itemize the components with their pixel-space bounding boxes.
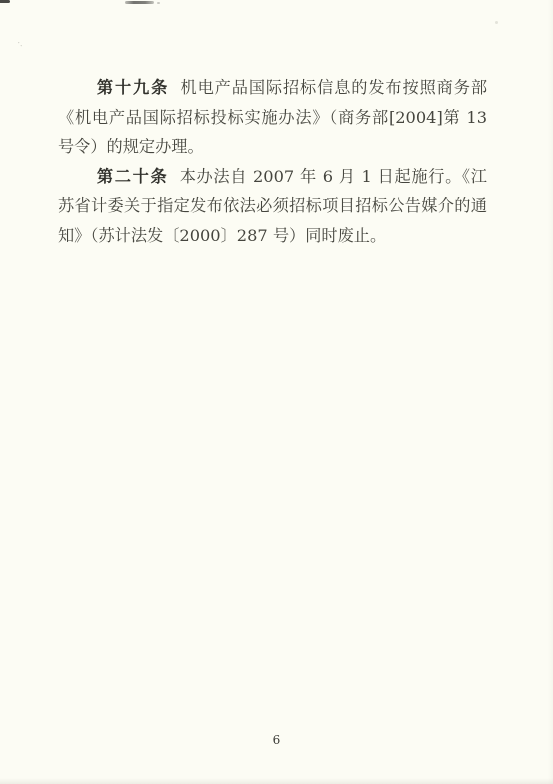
- article-20-paragraph: 第二十条本办法自 2007 年 6 月 1 日起施行。《江苏省计委关于指定发布依…: [58, 162, 487, 251]
- page-number: 6: [0, 733, 553, 747]
- scan-artifact-dash-icon: [0, 0, 10, 3]
- scan-artifact-bar-icon: [125, 1, 154, 4]
- scanned-document-page: ·. 第十九条机电产品国际招标信息的发布按照商务部《机电产品国际招标投标实施办法…: [0, 0, 553, 784]
- article-20-term: 第二十条: [97, 167, 168, 186]
- document-body: 第十九条机电产品国际招标信息的发布按照商务部《机电产品国际招标投标实施办法》（商…: [58, 73, 487, 251]
- scan-artifact-smudge-icon: ·.: [16, 40, 24, 51]
- article-19-term: 第十九条: [97, 78, 169, 97]
- scan-artifact-speck2-icon: [495, 21, 498, 24]
- article-19-paragraph: 第十九条机电产品国际招标信息的发布按照商务部《机电产品国际招标投标实施办法》（商…: [58, 73, 487, 162]
- scan-artifact-speck-icon: [157, 2, 160, 4]
